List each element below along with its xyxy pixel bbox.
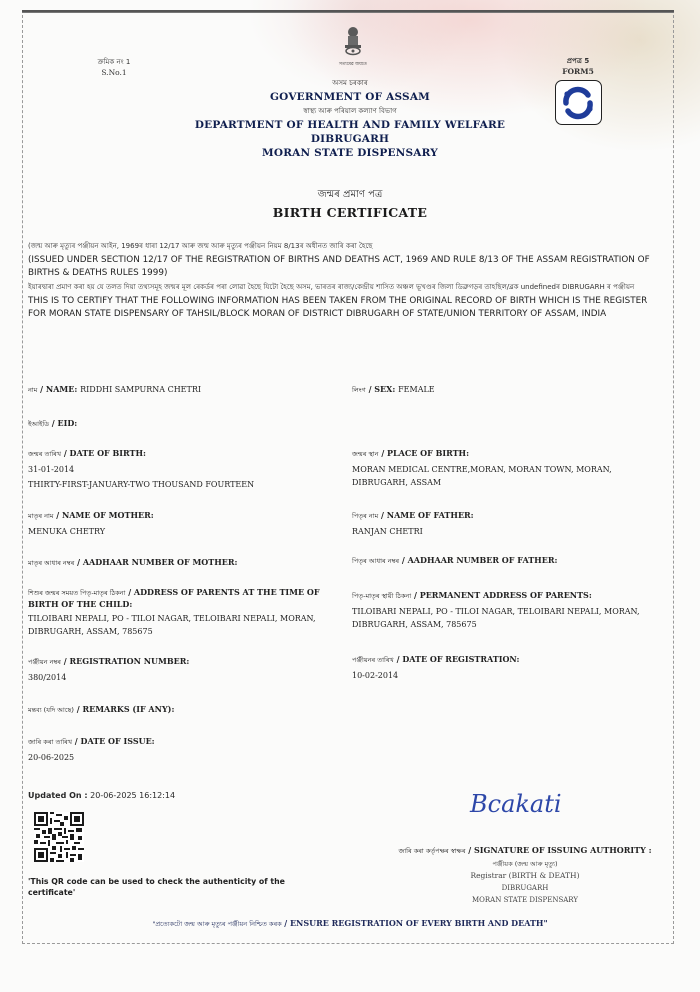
remarks-field: মন্তব্য (যদি আছে) / REMARKS (IF ANY): bbox=[28, 704, 174, 716]
mother-field: মাতৃৰ নাম / NAME OF MOTHER: MENUKA CHETR… bbox=[28, 510, 338, 538]
registrar-office: MORAN STATE DISPENSARY bbox=[360, 894, 690, 906]
qr-note: 'This QR code can be used to check the a… bbox=[28, 876, 328, 898]
district-name: DIBRUGARH bbox=[150, 132, 550, 146]
father-value: RANJAN CHETRI bbox=[352, 525, 652, 538]
registrar-title: Registrar (BIRTH & DEATH) bbox=[360, 870, 690, 882]
crs-logo-icon bbox=[556, 81, 600, 123]
emblem-caption: সত্যমেৱ জয়তে bbox=[320, 61, 386, 68]
govt-name: GOVERNMENT OF ASSAM bbox=[150, 90, 550, 105]
slogan: "প্ৰত্যেকটো জন্ম আৰু মৃত্যুৰ পঞ্জীয়ন নি… bbox=[60, 918, 640, 930]
serial-number: ক্রমিক নং 1 S.No.1 bbox=[84, 56, 144, 77]
name-value: RIDDHI SAMPURNA CHETRI bbox=[80, 385, 201, 394]
registration-number-value: 380/2014 bbox=[28, 671, 338, 684]
issue-date-value: 20-06-2025 bbox=[28, 751, 338, 764]
signature: Bcakati bbox=[470, 790, 580, 824]
issued-under: (ISSUED UNDER SECTION 12/17 OF THE REGIS… bbox=[28, 254, 668, 280]
certificate-title: BIRTH CERTIFICATE bbox=[150, 203, 550, 223]
qr-code[interactable] bbox=[34, 812, 84, 862]
pob-field: জন্মৰ স্থান / PLACE OF BIRTH: MORAN MEDI… bbox=[352, 448, 652, 489]
dept-name-bn: স্বাস্থ্য আৰু পৰিয়াল কল্যাণ বিভাগ bbox=[150, 105, 550, 118]
father-aadhaar-field: পিতৃৰ আধাৰ নম্বৰ / AADHAAR NUMBER OF FAT… bbox=[352, 555, 557, 567]
name-field: নাম / NAME: RIDDHI SAMPURNA CHETRI bbox=[28, 384, 201, 396]
office-name: MORAN STATE DISPENSARY bbox=[150, 146, 550, 160]
permanent-address-field: পিতৃ-মাতৃৰ স্থায়ী ঠিকনা / PERMANENT ADD… bbox=[352, 590, 652, 631]
national-emblem-icon bbox=[340, 25, 366, 59]
registration-number-field: পঞ্জীয়ন নম্বৰ / REGISTRATION NUMBER: 38… bbox=[28, 656, 338, 684]
govt-name-bn: অসম চৰকাৰ bbox=[150, 76, 550, 90]
certify-statement: THIS IS TO CERTIFY THAT THE FOLLOWING IN… bbox=[28, 295, 668, 321]
signature-block: জাৰি কৰা কৰ্তৃপক্ষৰ স্বাক্ষৰ / SIGNATURE… bbox=[360, 844, 690, 906]
issue-date-field: জাৰি কৰা তাৰিখ / DATE OF ISSUE: 20-06-20… bbox=[28, 736, 338, 764]
serial-label: S.No.1 bbox=[84, 68, 144, 77]
updated-on: Updated On : 20-06-2025 16:12:14 bbox=[28, 791, 175, 800]
father-field: পিতৃৰ নাম / NAME OF FATHER: RANJAN CHETR… bbox=[352, 510, 652, 538]
intro-block: (জন্ম আৰু মৃত্যুৰ পঞ্জীয়ন আইন, 1969ৰ ধা… bbox=[28, 240, 668, 321]
permanent-address-value: TILOIBARI NEPALI, PO - TILOI NAGAR, TELO… bbox=[352, 605, 652, 631]
issued-under-bn: (জন্ম আৰু মৃত্যুৰ পঞ্জীয়ন আইন, 1969ৰ ধা… bbox=[28, 240, 668, 253]
registration-date-value: 10-02-2014 bbox=[352, 669, 652, 682]
address-at-birth-field: শিশুৰ জন্মৰ সময়ত পিতৃ-মাতৃৰ ঠিকনা / ADD… bbox=[28, 587, 340, 638]
header-block: অসম চৰকাৰ GOVERNMENT OF ASSAM স্বাস্থ্য … bbox=[150, 76, 550, 160]
certificate-title-bn: জন্মৰ প্ৰমাণ পত্ৰ bbox=[150, 187, 550, 203]
title-block: জন্মৰ প্ৰমাণ পত্ৰ BIRTH CERTIFICATE bbox=[150, 187, 550, 223]
certificate-border-top bbox=[22, 10, 674, 13]
form-label: FORM5 bbox=[548, 67, 608, 76]
registration-date-field: পঞ্জীয়নৰ তাৰিখ / DATE OF REGISTRATION: … bbox=[352, 654, 652, 682]
pob-value: MORAN MEDICAL CENTRE,MORAN, MORAN TOWN, … bbox=[352, 463, 652, 489]
sex-field: লিংগ / SEX: FEMALE bbox=[352, 384, 435, 396]
certify-bn: ইয়াৰদ্বাৰা প্ৰমাণ কৰা হয় যে তলত দিয়া … bbox=[28, 281, 668, 294]
form-label-bn: প্রপত্র 5 bbox=[548, 55, 608, 67]
serial-label-bn: ক্রমিক নং 1 bbox=[84, 56, 144, 68]
crs-logo bbox=[555, 80, 602, 125]
mother-value: MENUKA CHETRY bbox=[28, 525, 338, 538]
address-at-birth-value: TILOIBARI NEPALI, PO - TILOI NAGAR, TELO… bbox=[28, 612, 340, 638]
dob-field: জন্মৰ তাৰিখ / DATE OF BIRTH: 31-01-2014 … bbox=[28, 448, 338, 491]
updated-on-value: 20-06-2025 16:12:14 bbox=[90, 791, 175, 800]
registrar-bn: পঞ্জীয়ক (জন্ম আৰু মৃত্যু) bbox=[360, 858, 690, 870]
form-number: প্রপত্র 5 FORM5 bbox=[548, 55, 608, 76]
registrar-district: DIBRUGARH bbox=[360, 882, 690, 894]
mother-aadhaar-field: মাতৃৰ আধাৰ নম্বৰ / AADHAAR NUMBER OF MOT… bbox=[28, 557, 237, 569]
dob-value: 31-01-2014 bbox=[28, 463, 338, 476]
eid-field: ইআইডি / EID: bbox=[28, 418, 77, 430]
dept-name: DEPARTMENT OF HEALTH AND FAMILY WELFARE bbox=[150, 118, 550, 132]
dob-words: THIRTY-FIRST-JANUARY-TWO THOUSAND FOURTE… bbox=[28, 478, 338, 491]
sex-value: FEMALE bbox=[398, 385, 435, 394]
